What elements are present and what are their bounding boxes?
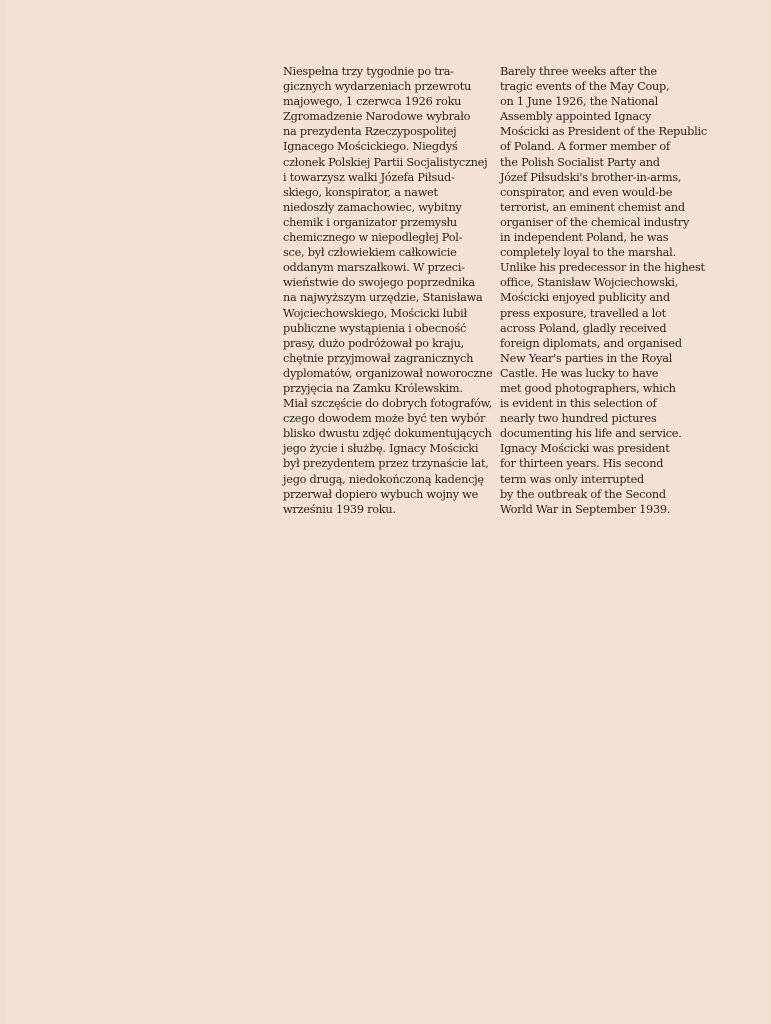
text-line: chemicznego w niepodległej Pol-: [283, 230, 493, 245]
page-spine-edge: [0, 0, 6, 1024]
text-line: completely loyal to the marshal.: [500, 245, 707, 260]
text-line: członek Polskiej Partii Socjalistycznej: [283, 155, 493, 170]
text-line: Józef Piłsudski's brother-in-arms,: [500, 170, 707, 185]
text-line: przyjęcia na Zamku Królewskim.: [283, 381, 493, 396]
text-line: Zgromadzenie Narodowe wybrało: [283, 109, 493, 124]
text-line: sce, był człowiekiem całkowicie: [283, 245, 493, 260]
text-line: in independent Poland, he was: [500, 230, 707, 245]
text-line: conspirator, and even would-be: [500, 185, 707, 200]
text-line: jego drugą, niedokończoną kadencję: [283, 472, 493, 487]
text-line: across Poland, gladly received: [500, 321, 707, 336]
text-line: tragic events of the May Coup,: [500, 79, 707, 94]
text-line: dyplomatów, organizował noworoczne: [283, 366, 493, 381]
text-line: press exposure, travelled a lot: [500, 306, 707, 321]
text-line: wieństwie do swojego poprzednika: [283, 275, 493, 290]
text-line: the Polish Socialist Party and: [500, 155, 707, 170]
text-line: jego życie i służbę. Ignacy Mościcki: [283, 441, 493, 456]
text-line: na prezydenta Rzeczypospolitej: [283, 124, 493, 139]
text-line: oddanym marszałkowi. W przeci-: [283, 260, 493, 275]
text-line: na najwyższym urzędzie, Stanisława: [283, 290, 493, 305]
text-line: on 1 June 1926, the National: [500, 94, 707, 109]
text-line: Mościcki as President of the Republic: [500, 124, 707, 139]
text-line: był prezydentem przez trzynaście lat,: [283, 456, 493, 471]
text-line: skiego, konspirator, a nawet: [283, 185, 493, 200]
text-line: Castle. He was lucky to have: [500, 366, 707, 381]
text-line: office, Stanisław Wojciechowski,: [500, 275, 707, 290]
text-line: Barely three weeks after the: [500, 64, 707, 79]
text-line: terrorist, an eminent chemist and: [500, 200, 707, 215]
text-line: Ignacy Mościcki was president: [500, 441, 707, 456]
text-line: majowego, 1 czerwca 1926 roku: [283, 94, 493, 109]
text-line: of Poland. A former member of: [500, 139, 707, 154]
text-line: Ignacego Mościckiego. Niegdyś: [283, 139, 493, 154]
text-line: Niespełna trzy tygodnie po tra-: [283, 64, 493, 79]
text-line: gicznych wydarzeniach przewrotu: [283, 79, 493, 94]
text-line: Assembly appointed Ignacy: [500, 109, 707, 124]
text-line: czego dowodem może być ten wybór: [283, 411, 493, 426]
english-text-column: Barely three weeks after the tragic even…: [500, 64, 707, 517]
text-line: nearly two hundred pictures: [500, 411, 707, 426]
text-line: foreign diplomats, and organised: [500, 336, 707, 351]
text-line: wrześniu 1939 roku.: [283, 502, 493, 517]
text-line: prasy, dużo podróżował po kraju,: [283, 336, 493, 351]
text-line: by the outbreak of the Second: [500, 487, 707, 502]
text-line: World War in September 1939.: [500, 502, 707, 517]
text-line: blisko dwustu zdjęć dokumentujących: [283, 426, 493, 441]
text-line: Mościcki enjoyed publicity and: [500, 290, 707, 305]
text-line: chętnie przyjmował zagranicznych: [283, 351, 493, 366]
text-line: i towarzysz walki Józefa Piłsud-: [283, 170, 493, 185]
text-line: Miał szczęście do dobrych fotografów,: [283, 396, 493, 411]
text-line: Unlike his predecessor in the highest: [500, 260, 707, 275]
text-line: met good photographers, which: [500, 381, 707, 396]
text-line: Wojciechowskiego, Mościcki lubił: [283, 306, 493, 321]
text-line: New Year's parties in the Royal: [500, 351, 707, 366]
text-line: documenting his life and service.: [500, 426, 707, 441]
text-line: publiczne wystąpienia i obecność: [283, 321, 493, 336]
text-line: term was only interrupted: [500, 472, 707, 487]
text-line: for thirteen years. His second: [500, 456, 707, 471]
text-line: niedoszły zamachowiec, wybitny: [283, 200, 493, 215]
polish-text-column: Niespełna trzy tygodnie po tra- gicznych…: [283, 64, 493, 517]
text-line: chemik i organizator przemysłu: [283, 215, 493, 230]
text-line: przerwał dopiero wybuch wojny we: [283, 487, 493, 502]
text-line: is evident in this selection of: [500, 396, 707, 411]
text-line: organiser of the chemical industry: [500, 215, 707, 230]
